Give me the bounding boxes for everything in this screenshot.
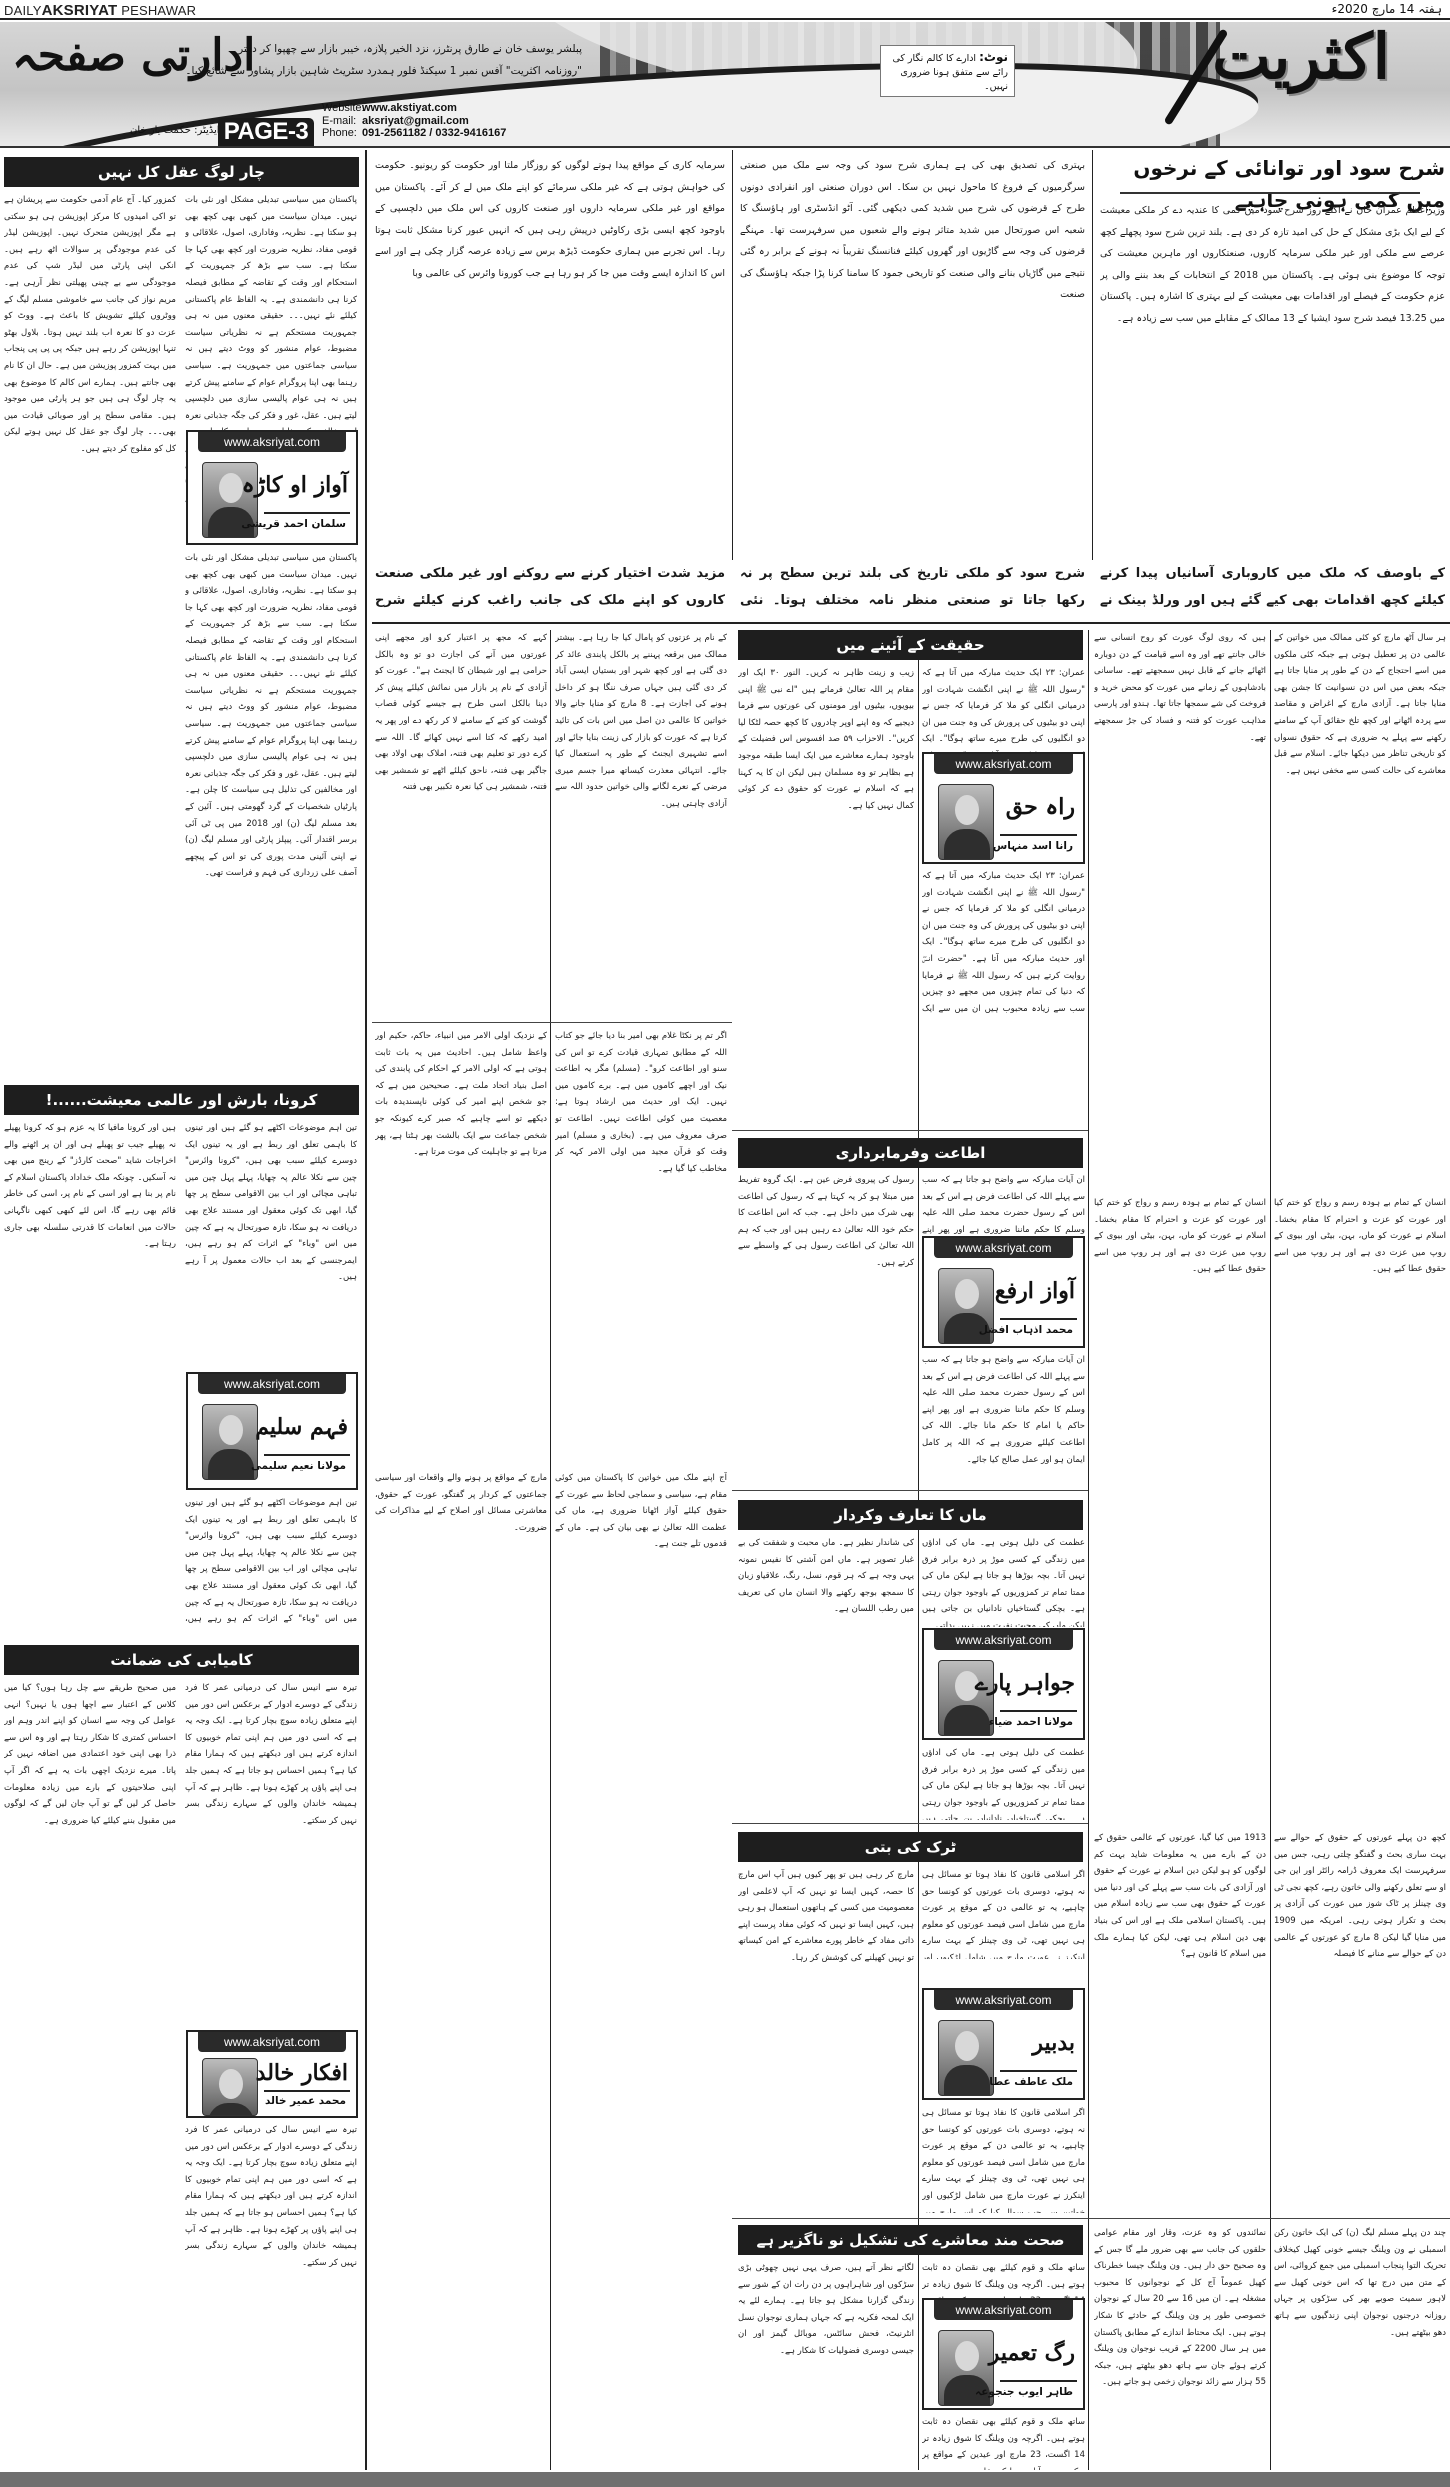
author-divider	[264, 512, 350, 514]
article-text: چند دن پہلے مسلم لیگ (ن) کی ایک خاتون رک…	[1274, 2225, 1446, 2470]
author-box: www.aksriyat.com افکار خالد محمد عمیر خا…	[186, 2030, 358, 2118]
article-text: ساتھ ملک و قوم کیلئے بھی نقصان دہ ثابت ہ…	[922, 2260, 1085, 2298]
article-text: عظمت کی دلیل ہوتی ہے۔ ماں کی اداؤں میں ز…	[922, 1535, 1085, 1627]
website-label: www.aksriyat.com	[934, 1990, 1073, 2010]
editorial-bottom-line-1: کے باوصف کہ ملک میں کاروباری آسانیاں پید…	[1100, 560, 1445, 618]
article-text: لگاتے نظر آتے ہیں، صرف یہی نہیں چھوٹی بڑ…	[738, 2260, 914, 2470]
phone-label: Phone:	[322, 127, 362, 140]
publisher-line-2: "روزنامہ اکثریت" آفس نمبر 1 سیکنڈ فلور ہ…	[172, 60, 582, 82]
author-divider	[1000, 834, 1077, 836]
issue-date: ہفتہ 14 مارچ 2020ء	[1332, 2, 1442, 16]
column-name: جواہر پارے	[975, 1670, 1075, 1696]
section-divider	[732, 1130, 1088, 1131]
article-text: ان آیات مبارکہ سے واضح ہو جاتا ہے کہ سب …	[922, 1172, 1085, 1234]
editorial-bottom-line-2: شرح سود کو ملکی تاریخ کی بلند ترین سطح پ…	[740, 560, 1085, 618]
article-headline: کرونا، بارش اور عالمی معیشت......!	[4, 1085, 359, 1115]
website-label: Website:	[322, 102, 362, 115]
website-label: www.aksriyat.com	[934, 754, 1073, 774]
editorial-bottom-line-3: مزید شدت اختیار کرنے سے روکنے اور غیر مل…	[375, 560, 725, 618]
column-name: فہم سلیم	[255, 1414, 348, 1440]
author-photo	[202, 1404, 258, 1480]
article-text: تین اہم موضوعات اکٹھے ہو گئے ہیں اور تین…	[185, 1495, 357, 1625]
column-divider	[550, 630, 551, 2470]
article-headline: کامیابی کی ضمانت	[4, 1645, 359, 1675]
article-text: نمائندوں کو وہ عزت، وقار اور مقام عوامی …	[1094, 2225, 1266, 2470]
article-text: کچھ دن پہلے عورتوں کے حقوق کے حوالے سے ب…	[1274, 1830, 1446, 2215]
author-photo	[202, 2058, 258, 2116]
column-name: بدبیر	[1032, 2030, 1075, 2056]
page-footer-bar	[0, 2472, 1450, 2487]
author-divider	[1000, 1710, 1077, 1712]
article-text: عمران: ۲۳ ایک حدیث مبارکہ میں آتا ہے کہ …	[922, 868, 1085, 1018]
phone-number: 091-2561182 / 0332-9416167	[362, 127, 506, 139]
column-name: راہ حق	[1006, 794, 1075, 820]
article-text: ساتھ ملک و قوم کیلئے بھی نقصان دہ ثابت ہ…	[922, 2414, 1085, 2470]
author-name: سلمان احمد قریشی	[241, 518, 346, 530]
paper-prefix: DAILY	[4, 3, 42, 18]
article-headline: ٹرک کی بتی	[738, 1832, 1083, 1862]
column-name: آواز او کاڑہ	[242, 472, 348, 498]
author-photo	[938, 2020, 994, 2096]
author-name: مولانا احمد ضیاء	[989, 1716, 1073, 1728]
author-divider	[264, 2090, 350, 2092]
website-label: www.aksriyat.com	[934, 2300, 1073, 2320]
website-label: www.aksriyat.com	[198, 432, 346, 452]
column-divider	[732, 150, 733, 560]
author-divider	[1000, 2070, 1077, 2072]
email-link[interactable]: aksriyat@gmail.com	[362, 115, 469, 127]
headline-underline	[1120, 192, 1420, 194]
column-divider	[1270, 630, 1271, 2470]
paper-title: AKSRIYAT	[42, 2, 118, 19]
column-divider	[918, 630, 919, 2470]
author-box: www.aksriyat.com جواہر پارے مولانا احمد …	[922, 1628, 1085, 1740]
article-text: ان آیات مبارکہ سے واضح ہو جاتا ہے کہ سب …	[922, 1352, 1085, 1490]
publisher-info: پبلشر یوسف خان نے طارق پرنٹرز، نزد الخیر…	[172, 38, 582, 82]
article-text: تیرہ سے انیس سال کی درمیانی عمر کا فرد ز…	[185, 1680, 357, 2055]
author-name: محمد اذہاب افضل	[979, 1324, 1073, 1336]
article-text: انسان کے تمام بے ہودہ رسم و رواج کو ختم …	[1094, 1195, 1266, 1815]
author-photo	[938, 784, 994, 860]
article-text: آج اپنے ملک میں خواتین کا پاکستان میں کو…	[555, 1470, 727, 2470]
column-divider	[365, 150, 367, 2470]
website-label: www.aksriyat.com	[198, 2032, 346, 2052]
article-text: عمران: ۲۳ ایک حدیث مبارکہ میں آتا ہے کہ …	[922, 665, 1085, 757]
article-text: تیرہ سے انیس سال کی درمیانی عمر کا فرد ز…	[185, 2122, 357, 2470]
author-box: www.aksriyat.com فہم سلیم مولانا نعیم سل…	[186, 1372, 358, 1490]
article-text: زیب و زینت ظاہر نہ کریں۔ النور ۳۰ ایک او…	[738, 665, 914, 1020]
author-box: www.aksriyat.com رگ تعمیر طاہر ایوب جنجو…	[922, 2298, 1085, 2410]
editorial-column-2: بہتری کی تصدیق بھی کی ہے ہماری شرح سود ک…	[740, 155, 1085, 560]
article-text: میں صحیح طریقے سے چل رہا ہوں؟ کیا میں کل…	[4, 1680, 176, 2470]
section-divider	[732, 2218, 1450, 2219]
article-text: کمزور کیا۔ آج عام آدمی حکومت سے پریشان ہ…	[4, 192, 176, 1082]
disclaimer-note: نوٹ: ادارے کا کالم نگار کی رائے سے متفق …	[880, 45, 1015, 97]
editorial-column-3: سرمایہ کاری کے مواقع پیدا ہوتے لوگوں کو …	[375, 155, 725, 560]
editorial-column-1: وزیراعظم عمران خان نے اگلے روز شرح سود م…	[1100, 200, 1445, 560]
author-box: www.aksriyat.com آواز ارفع محمد اذہاب اف…	[922, 1236, 1085, 1348]
article-headline: ماں کا تعارف وکردار	[738, 1500, 1083, 1530]
paper-city: PESHAWAR	[121, 3, 196, 18]
author-name: طاہر ایوب جنجوعہ	[975, 2386, 1073, 2398]
column-name: رگ تعمیر	[989, 2340, 1075, 2366]
column-divider	[1088, 630, 1089, 2470]
article-headline: صحت مند معاشرے کی تشکیل نو ناگزیر ہے	[738, 2225, 1083, 2255]
top-strip	[0, 0, 1450, 20]
article-text: پاکستان میں سیاسی تبدیلی مشکل اور نئی با…	[185, 550, 357, 1080]
section-divider	[732, 1823, 1088, 1824]
article-text: اگر اسلامی قانون کا نفاذ ہوتا تو مسائل ہ…	[922, 1867, 1085, 1959]
article-headline: چار لوگ عقل کل نہیں	[4, 157, 359, 187]
article-text: انسان کے تمام بے ہودہ رسم و رواج کو ختم …	[1274, 1195, 1446, 1815]
section-divider	[372, 622, 1450, 624]
article-text: مارچ کر رہی ہیں تو پھر کیوں ہیں آپ اس ما…	[738, 1867, 914, 2212]
website-label: www.aksriyat.com	[198, 1374, 346, 1394]
author-name: ملک عاطف عطا	[989, 2076, 1073, 2088]
publisher-line-1: پبلشر یوسف خان نے طارق پرنٹرز، نزد الخیر…	[172, 38, 582, 60]
author-name: محمد عمیر خالد	[265, 2095, 346, 2107]
article-text: 1913 میں کیا گیا، عورتوں کے عالمی حقوق ک…	[1094, 1830, 1266, 2215]
article-text: اگر اسلامی قانون کا نفاذ ہوتا تو مسائل ہ…	[922, 2105, 1085, 2213]
website-label: www.aksriyat.com	[934, 1238, 1073, 1258]
article-text: رسول کی پیروی فرض عین ہے۔ ایک گروہ تفریط…	[738, 1172, 914, 1490]
contact-info: Website:www.akstiyat.com E-mail:aksriyat…	[322, 102, 506, 140]
article-text: مارچ کے مواقع پر ہونے والے واقعات اور سی…	[375, 1470, 547, 2470]
section-divider	[732, 1490, 1088, 1491]
column-divider	[1092, 150, 1093, 560]
article-text: ہر سال آٹھ مارچ کو کئی ممالک میں خواتین …	[1274, 630, 1446, 1190]
article-text: اگر تم پر نکٹا غلام بھی امیر بنا دیا جائ…	[555, 1028, 727, 1468]
article-text: کے نزدیک اولی الامر میں انبیاء، حاکم، حک…	[375, 1028, 547, 1468]
website-link[interactable]: www.akstiyat.com	[362, 102, 457, 114]
author-box: www.aksriyat.com آواز او کاڑہ سلمان احمد…	[186, 430, 358, 545]
note-label: نوٹ:	[979, 50, 1008, 64]
column-name: آواز ارفع	[995, 1278, 1075, 1304]
page-number-badge: PAGE-3	[218, 118, 314, 146]
article-text: عظمت کی دلیل ہوتی ہے۔ ماں کی اداؤں میں ز…	[922, 1745, 1085, 1820]
article-headline: اطاعت وفرمابرداری	[738, 1138, 1083, 1168]
author-divider	[1000, 2380, 1077, 2382]
article-text: ہیں اور کرونا مافیا کا یہ عزم ہو کہ کرون…	[4, 1120, 176, 1625]
author-divider	[264, 1454, 350, 1456]
article-text: کی شاندار نظیر ہے۔ ماں محبت و شفقت کی بے…	[738, 1535, 914, 1820]
column-name: افکار خالد	[256, 2060, 348, 2086]
article-text: تین اہم موضوعات اکٹھے ہو گئے ہیں اور تین…	[185, 1120, 357, 1370]
website-label: www.aksriyat.com	[934, 1630, 1073, 1650]
author-box: www.aksriyat.com راہ حق رانا اسد منہاس	[922, 752, 1085, 864]
article-headline: حقیقت کے آئینے میں	[738, 630, 1083, 660]
paper-name: DAILYAKSRIYAT PESHAWAR	[4, 2, 196, 19]
section-divider	[372, 1022, 732, 1023]
author-name: رانا اسد منہاس	[993, 840, 1073, 852]
article-text: کے نام پر عزتوں کو پامال کیا جا رہا ہے۔ …	[555, 630, 727, 1020]
author-name: مولانا نعیم سلیمی	[251, 1460, 346, 1472]
article-text: کہے کہ مجھ پر اعتبار کرو اور مجھے اپنی ع…	[375, 630, 547, 1020]
masthead-logo: اکثریت	[1212, 20, 1390, 93]
author-box: www.aksriyat.com بدبیر ملک عاطف عطا	[922, 1988, 1085, 2100]
author-divider	[1000, 1318, 1077, 1320]
email-label: E-mail:	[322, 115, 362, 128]
article-text: ہیں کہ روی لوگ عورت کو روح انسانی سے خال…	[1094, 630, 1266, 1190]
